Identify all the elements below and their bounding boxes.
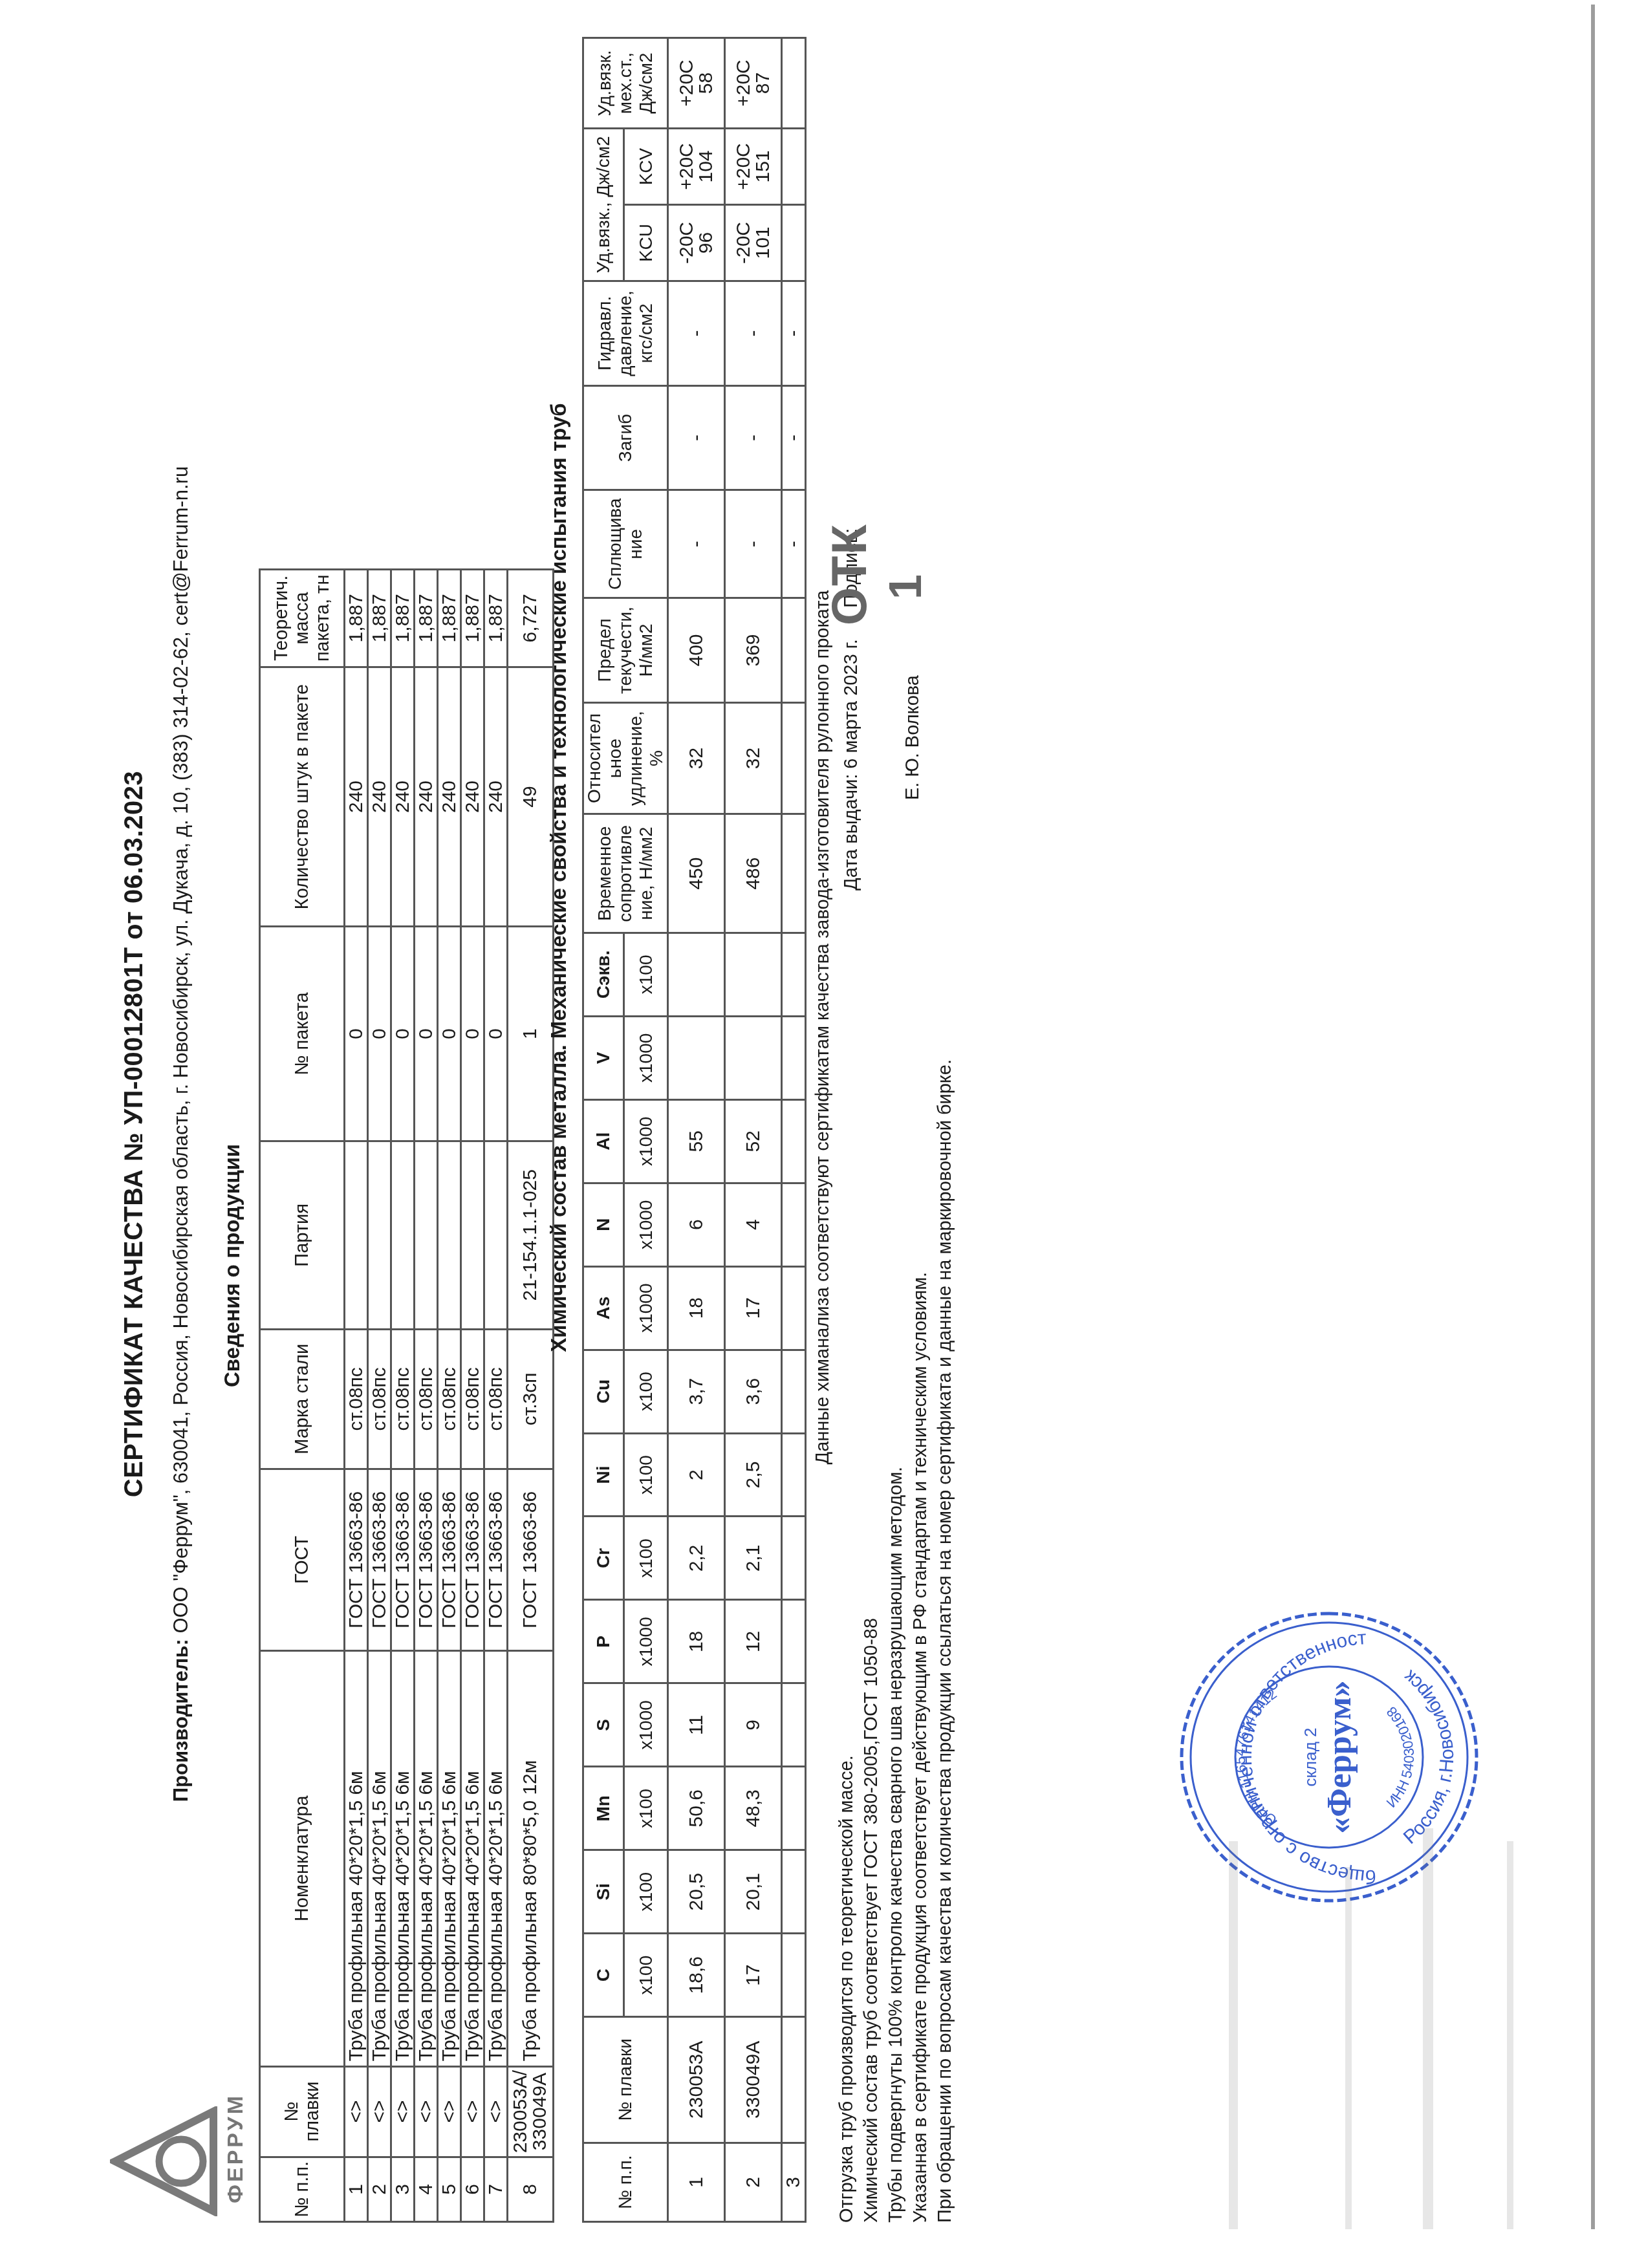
impact-group-header: Уд.вязк., Дж/см2 [583, 129, 624, 281]
product-cell: ГОСТ 13663-86 [368, 1469, 391, 1650]
element-value [782, 1850, 806, 1934]
product-cell: Труба профильная 40*20*1,5 6м [438, 1650, 461, 2066]
product-cell: ст.08пс [391, 1329, 415, 1469]
element-value: 3,7 [668, 1350, 725, 1433]
products-section-title: Сведения о продукции [220, 781, 244, 1751]
product-cell: ГОСТ 13663-86 [345, 1469, 368, 1650]
mech-value-aging [782, 38, 806, 129]
element-value [782, 1517, 806, 1600]
chem-row-num: 2 [725, 2143, 782, 2221]
element-header: V [583, 1016, 624, 1099]
chemistry-section-title: Химический состав металла. Механические … [547, 134, 571, 1621]
product-cell: 7 [484, 2157, 508, 2221]
otk-stamp-number: 1 [880, 574, 931, 599]
chem-row-num: 3 [782, 2143, 806, 2221]
mech-col-yield: Предел текучести, Н/мм2 [583, 598, 668, 703]
product-row: 6<>Труба профильная 40*20*1,5 6мГОСТ 136… [461, 570, 484, 2222]
element-multiplier: x100 [624, 1850, 668, 1934]
element-value [782, 1016, 806, 1099]
mech-value-elongation: 32 [668, 702, 725, 814]
element-value: 18,6 [668, 1934, 725, 2017]
product-cell: 3 [391, 2157, 415, 2221]
chem-heat-number: 230053А [668, 2017, 725, 2143]
mech-col-elongation: Относител ьное удлинение, % [583, 702, 668, 814]
product-cell: 240 [484, 667, 508, 927]
product-cell: ст.08пс [415, 1329, 438, 1469]
element-value: 20,5 [668, 1850, 725, 1934]
element-value: 2,1 [725, 1517, 782, 1600]
note-line: Трубы подвергнуты 100% контролю качества… [883, 1059, 908, 2223]
chem-col-heat: № плавки [583, 2017, 668, 2143]
notes-block: Отгрузка труб производится по теоретичес… [834, 1059, 957, 2223]
element-value [782, 1683, 806, 1767]
mech-value-bend: - [782, 385, 806, 490]
mech-value-bend: - [668, 385, 725, 490]
element-header: Cr [583, 1517, 624, 1600]
element-value: 52 [725, 1099, 782, 1183]
element-value [782, 1767, 806, 1850]
product-cell: 8 [508, 2157, 554, 2221]
product-cell: 240 [415, 667, 438, 927]
mech-value-aging: +20C87 [725, 38, 782, 129]
product-cell: Труба профильная 80*80*5,0 12м [508, 1650, 554, 2066]
product-cell: 6 [461, 2157, 484, 2221]
element-value: 50,6 [668, 1767, 725, 1850]
note-line: Указанная в сертификате продукция соотве… [908, 1059, 933, 2223]
mech-value-yield [782, 598, 806, 703]
product-cell: 0 [368, 927, 391, 1141]
element-value: 11 [668, 1683, 725, 1767]
products-table: № п.п.№ плавкиНоменклатураГОСТМарка стал… [259, 568, 554, 2223]
product-cell: 240 [368, 667, 391, 927]
element-value [782, 1350, 806, 1433]
product-cell: 0 [461, 927, 484, 1141]
product-cell: Труба профильная 40*20*1,5 6м [391, 1650, 415, 2066]
product-cell: 240 [461, 667, 484, 927]
scan-artifact [1345, 1867, 1352, 2229]
scan-artifact [1507, 1841, 1513, 2229]
element-value [782, 1099, 806, 1183]
element-value: 17 [725, 1266, 782, 1350]
product-cell: ст.08пс [484, 1329, 508, 1469]
products-col-header: Номенклатура [260, 1650, 345, 2066]
element-value [782, 1266, 806, 1350]
element-value: 2 [668, 1433, 725, 1517]
products-col-header: № пакета [260, 927, 345, 1141]
kcv-header: KCV [624, 129, 668, 205]
element-header: Cu [583, 1350, 624, 1433]
product-cell: <> [345, 2066, 368, 2157]
product-cell: Труба профильная 40*20*1,5 6м [415, 1650, 438, 2066]
signer-name: Е. Ю. Волкова [902, 675, 924, 800]
product-cell: ГОСТ 13663-86 [484, 1469, 508, 1650]
note-line: При обращении по вопросам качества и кол… [933, 1059, 957, 2223]
product-cell: ГОСТ 13663-86 [461, 1469, 484, 1650]
product-cell: 1,887 [391, 570, 415, 667]
mech-value-tensile: 486 [725, 814, 782, 933]
mech-value-kcv [782, 129, 806, 205]
mech-value-flattening: - [782, 490, 806, 598]
chemistry-mechanics-table: № п.п.№ плавкиCSiMnSPCrNiCuAsNAlVСэкв.Вр… [582, 37, 839, 2223]
mech-value-yield: 400 [668, 598, 725, 703]
product-cell: 1,887 [345, 570, 368, 667]
product-cell: Труба профильная 40*20*1,5 6м [484, 1650, 508, 2066]
mech-value-bend: - [725, 385, 782, 490]
products-col-header: № плавки [260, 2066, 345, 2157]
product-cell: ГОСТ 13663-86 [415, 1469, 438, 1650]
product-cell: 240 [438, 667, 461, 927]
mech-value-tensile [782, 814, 806, 933]
mech-value-aging: +20C58 [668, 38, 725, 129]
mech-col-tensile: Временное сопротивле ние, Н/мм2 [583, 814, 668, 933]
kcu-header: KCU [624, 205, 668, 281]
producer-details: ООО "Феррум", 630041, Россия, Новосибирс… [169, 466, 192, 1639]
element-multiplier: x1000 [624, 1183, 668, 1266]
element-multiplier: x100 [624, 933, 668, 1016]
products-col-header: Теоретич. масса пакета, тн [260, 570, 345, 667]
element-header: N [583, 1183, 624, 1266]
element-value [782, 1600, 806, 1683]
products-col-header: ГОСТ [260, 1469, 345, 1650]
element-header: Al [583, 1099, 624, 1183]
product-cell [391, 1141, 415, 1329]
product-cell: <> [484, 2066, 508, 2157]
element-multiplier: x100 [624, 1517, 668, 1600]
product-cell [484, 1141, 508, 1329]
product-cell: <> [461, 2066, 484, 2157]
element-header: C [583, 1934, 624, 2017]
mech-value-yield: 369 [725, 598, 782, 703]
element-value [668, 933, 725, 1016]
mech-value-hydro: - [668, 281, 725, 386]
element-multiplier: x100 [624, 1350, 668, 1433]
certificate-title: СЕРТИФИКАТ КАЧЕСТВА № УП-00012801Т от 06… [120, 0, 149, 2268]
mech-value-hydro: - [725, 281, 782, 386]
mech-value-kcu [782, 205, 806, 281]
product-cell: 2 [368, 2157, 391, 2221]
mech-col-aging: Уд.вязк. мех.ст., Дж/см2 [583, 38, 668, 129]
product-cell: 0 [391, 927, 415, 1141]
product-row: 5<>Труба профильная 40*20*1,5 6мГОСТ 136… [438, 570, 461, 2222]
element-value: 48,3 [725, 1767, 782, 1850]
mech-value-kcu: -20C96 [668, 205, 725, 281]
scan-edge [1591, 5, 1595, 2229]
scan-artifact [1423, 1828, 1433, 2229]
element-value: 6 [668, 1183, 725, 1266]
mech-value-flattening: - [725, 490, 782, 598]
element-value: 9 [725, 1683, 782, 1767]
element-header: As [583, 1266, 624, 1350]
product-cell: <> [391, 2066, 415, 2157]
product-cell: 1,887 [484, 570, 508, 667]
element-multiplier: x100 [624, 1433, 668, 1517]
product-cell: ст.08пс [438, 1329, 461, 1469]
product-cell: ст.08пс [368, 1329, 391, 1469]
products-col-header: Партия [260, 1141, 345, 1329]
chem-row: 1230053А18,620,550,611182,223,7186554503… [668, 38, 725, 2222]
chem-row-num: 1 [668, 2143, 725, 2221]
products-table-header: № п.п.№ плавкиНоменклатураГОСТМарка стал… [260, 570, 345, 2222]
element-header: Ni [583, 1433, 624, 1517]
product-cell: 4 [415, 2157, 438, 2221]
stamp-inn: ИНН 5403020168 [1383, 1703, 1418, 1811]
product-row: 1<>Труба профильная 40*20*1,5 6мГОСТ 136… [345, 570, 368, 2222]
stamp-department: склад 2 [1301, 1727, 1320, 1786]
element-value: 20,1 [725, 1850, 782, 1934]
mech-col-flattening: Сплющива ние [583, 490, 668, 598]
product-cell: 0 [345, 927, 368, 1141]
element-multiplier: x1000 [624, 1016, 668, 1099]
stamp-company-name: «Феррум» [1321, 1680, 1358, 1834]
issue-date: Дата выдачи: 6 марта 2023 г. [841, 639, 861, 891]
products-col-header: Марка стали [260, 1329, 345, 1469]
producer-line: Производитель: ООО "Феррум", 630041, Рос… [169, 0, 193, 2268]
element-multiplier: x100 [624, 1934, 668, 2017]
element-value: 4 [725, 1183, 782, 1266]
element-value: 17 [725, 1934, 782, 2017]
element-value [782, 1934, 806, 2017]
mech-value-hydro: - [782, 281, 806, 386]
product-cell: <> [438, 2066, 461, 2157]
mech-col-bend: Загиб [583, 385, 668, 490]
element-header: Si [583, 1850, 624, 1934]
product-cell: 5 [438, 2157, 461, 2221]
note-line: Отгрузка труб производится по теоретичес… [834, 1059, 859, 2223]
mech-col-hydro: Гидравл. давление, кгс/см2 [583, 281, 668, 386]
element-value: 12 [725, 1600, 782, 1683]
product-cell: 1,887 [438, 570, 461, 667]
mech-value-elongation [782, 702, 806, 814]
product-cell: ст.08пс [461, 1329, 484, 1469]
element-multiplier: x1000 [624, 1266, 668, 1350]
products-col-header: № п.п. [260, 2157, 345, 2221]
element-value [782, 933, 806, 1016]
logo-text: ФЕРРУМ [223, 2093, 248, 2203]
product-cell [345, 1141, 368, 1329]
element-header: Mn [583, 1767, 624, 1850]
element-multiplier: x1000 [624, 1683, 668, 1767]
element-value: 2,5 [725, 1433, 782, 1517]
product-cell: 1,887 [368, 570, 391, 667]
element-value [725, 1016, 782, 1099]
product-cell: 240 [345, 667, 368, 927]
product-row: 2<>Труба профильная 40*20*1,5 6мГОСТ 136… [368, 570, 391, 2222]
element-value [725, 933, 782, 1016]
mech-value-elongation: 32 [725, 702, 782, 814]
product-cell: Труба профильная 40*20*1,5 6м [461, 1650, 484, 2066]
element-header: S [583, 1683, 624, 1767]
producer-label: Производитель: [169, 1639, 192, 1802]
element-multiplier: x100 [624, 1767, 668, 1850]
product-row: 3<>Труба профильная 40*20*1,5 6мГОСТ 136… [391, 570, 415, 2222]
element-value: 18 [668, 1600, 725, 1683]
element-value [668, 1016, 725, 1099]
products-col-header: Количество штук в пакете [260, 667, 345, 927]
product-cell: ГОСТ 13663-86 [391, 1469, 415, 1650]
product-cell: 0 [415, 927, 438, 1141]
product-cell [438, 1141, 461, 1329]
element-value: 3,6 [725, 1350, 782, 1433]
otk-stamp-label: ОТК [821, 523, 878, 625]
product-cell: 230053А/ 330049А [508, 2066, 554, 2157]
product-cell [368, 1141, 391, 1329]
element-value [782, 1433, 806, 1517]
element-value: 55 [668, 1099, 725, 1183]
chem-col-num: № п.п. [583, 2143, 668, 2221]
product-cell [415, 1141, 438, 1329]
product-cell: 240 [391, 667, 415, 927]
chem-heat-number: 330049А [725, 2017, 782, 2143]
chem-row: 3--- [782, 38, 806, 2222]
product-cell: Труба профильная 40*20*1,5 6м [368, 1650, 391, 2066]
product-cell: 0 [484, 927, 508, 1141]
product-cell: 1 [345, 2157, 368, 2221]
mech-value-kcv: +20C151 [725, 129, 782, 205]
mech-value-flattening: - [668, 490, 725, 598]
element-value [782, 1183, 806, 1266]
chem-row: 2330049А1720,148,39122,12,53,61745248632… [725, 38, 782, 2222]
product-row: 4<>Труба профильная 40*20*1,5 6мГОСТ 136… [415, 570, 438, 2222]
product-cell: ГОСТ 13663-86 [438, 1469, 461, 1650]
note-line: Химический состав труб соответствует ГОС… [859, 1059, 883, 2223]
product-cell: <> [415, 2066, 438, 2157]
mech-value-kcu: -20C101 [725, 205, 782, 281]
element-value: 18 [668, 1266, 725, 1350]
company-seal-stamp: Общество с ограниченной ответственностью… [1177, 1608, 1481, 1906]
mech-value-tensile: 450 [668, 814, 725, 933]
mech-value-kcv: +20C104 [668, 129, 725, 205]
element-header: Сэкв. [583, 933, 624, 1016]
element-value: 2,2 [668, 1517, 725, 1600]
product-cell: <> [368, 2066, 391, 2157]
scan-artifact [1229, 1841, 1238, 2229]
element-multiplier: x1000 [624, 1600, 668, 1683]
certificate-page: ФЕРРУМ СЕРТИФИКАТ КАЧЕСТВА № УП-00012801… [0, 0, 1635, 2268]
svg-text:ИНН 5403020168: ИНН 5403020168 [1383, 1703, 1418, 1811]
product-cell: 1,887 [461, 570, 484, 667]
product-cell [461, 1141, 484, 1329]
product-cell: Труба профильная 40*20*1,5 6м [345, 1650, 368, 2066]
product-row: 7<>Труба профильная 40*20*1,5 6мГОСТ 136… [484, 570, 508, 2222]
product-cell: ст.08пс [345, 1329, 368, 1469]
chem-header-row: № п.п.№ плавкиCSiMnSPCrNiCuAsNAlVСэкв.Вр… [583, 38, 624, 2222]
product-cell: 0 [438, 927, 461, 1141]
element-multiplier: x1000 [624, 1099, 668, 1183]
product-cell: 1,887 [415, 570, 438, 667]
element-header: P [583, 1600, 624, 1683]
chem-heat-number [782, 2017, 806, 2143]
